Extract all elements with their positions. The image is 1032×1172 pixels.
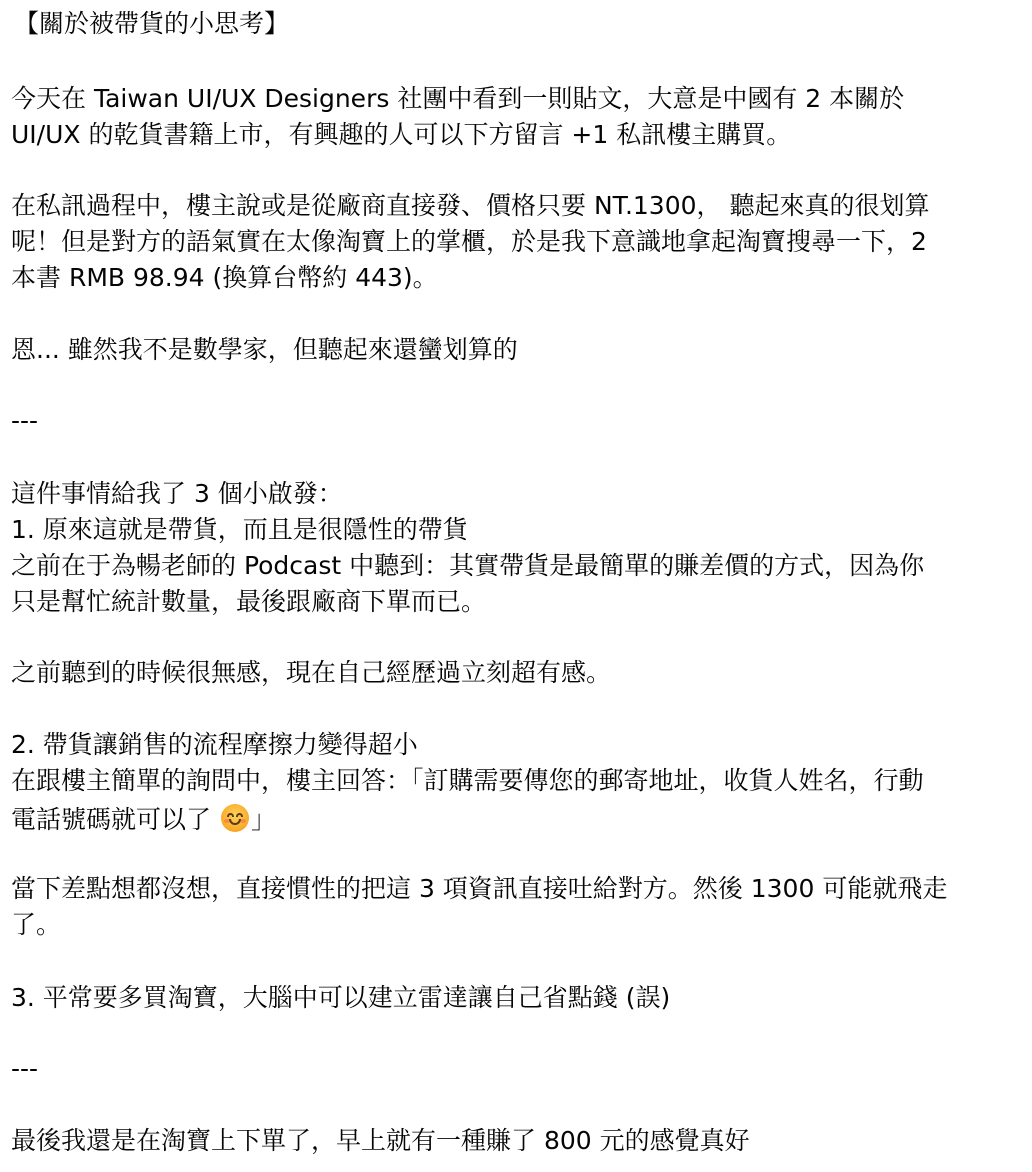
intro-line-1: 今天在 Taiwan UI/UX Designers 社團中看到一則貼文，大意是… xyxy=(11,81,904,117)
point-2-body-line-2: 電話號碼就可以了 」 xyxy=(11,802,276,838)
divider-1: --- xyxy=(11,403,38,439)
insights-intro: 這件事情給我了 3 個小啟發： xyxy=(11,476,343,512)
point-2-body-line-1: 在跟樓主簡單的詢問中，樓主回答：「訂購需要傳您的郵寄地址，收貨人姓名，行動 xyxy=(11,763,924,799)
post-title: 【關於被帶貨的小思考】 xyxy=(14,6,289,42)
point-1-reflection: 之前聽到的時候很無感，現在自己經歷過立刻超有感。 xyxy=(11,655,611,691)
point-2-heading: 2. 帶貨讓銷售的流程摩擦力變得超小 xyxy=(11,727,418,763)
point-1-body-line-2: 只是幫忙統計數量，最後跟廠商下單而已。 xyxy=(11,584,486,620)
post-body: 【關於被帶貨的小思考】 今天在 Taiwan UI/UX Designers 社… xyxy=(0,0,1032,1172)
point-1-heading: 1. 原來這就是帶貨，而且是很隱性的帶貨 xyxy=(11,512,468,548)
point-2-body-line-2-closing-quote: 」 xyxy=(251,805,276,834)
story-line-3: 本書 RMB 98.94 (換算台幣約 443)。 xyxy=(11,260,438,296)
story-line-1: 在私訊過程中，樓主說或是從廠商直接發、價格只要 NT.1300， 聽起來真的很划… xyxy=(11,188,929,224)
smiling-face-emoji-icon xyxy=(221,804,249,832)
point-1-body-line-1: 之前在于為暢老師的 Podcast 中聽到：其實帶貨是最簡單的賺差價的方式，因為… xyxy=(11,548,924,584)
conclusion-text: 最後我還是在淘寶上下單了，早上就有一種賺了 800 元的感覺真好 xyxy=(11,1123,750,1159)
point-2-reflection-line-1: 當下差點想都沒想，直接慣性的把這 3 項資訊直接吐給對方。然後 1300 可能就… xyxy=(11,871,947,907)
reaction-text: 恩... 雖然我不是數學家，但聽起來還蠻划算的 xyxy=(11,332,518,368)
point-2-body-line-2-text: 電話號碼就可以了 xyxy=(11,805,219,834)
intro-line-2: UI/UX 的乾貨書籍上市，有興趣的人可以下方留言 +1 私訊樓主購買。 xyxy=(11,117,791,153)
point-3-heading: 3. 平常要多買淘寶，大腦中可以建立雷達讓自己省點錢 (誤) xyxy=(11,980,670,1016)
story-line-2: 呢！但是對方的語氣實在太像淘寶上的掌櫃，於是我下意識地拿起淘寶搜尋一下，2 xyxy=(11,224,927,260)
point-2-reflection-line-2: 了。 xyxy=(11,907,61,943)
divider-2: --- xyxy=(11,1051,38,1087)
